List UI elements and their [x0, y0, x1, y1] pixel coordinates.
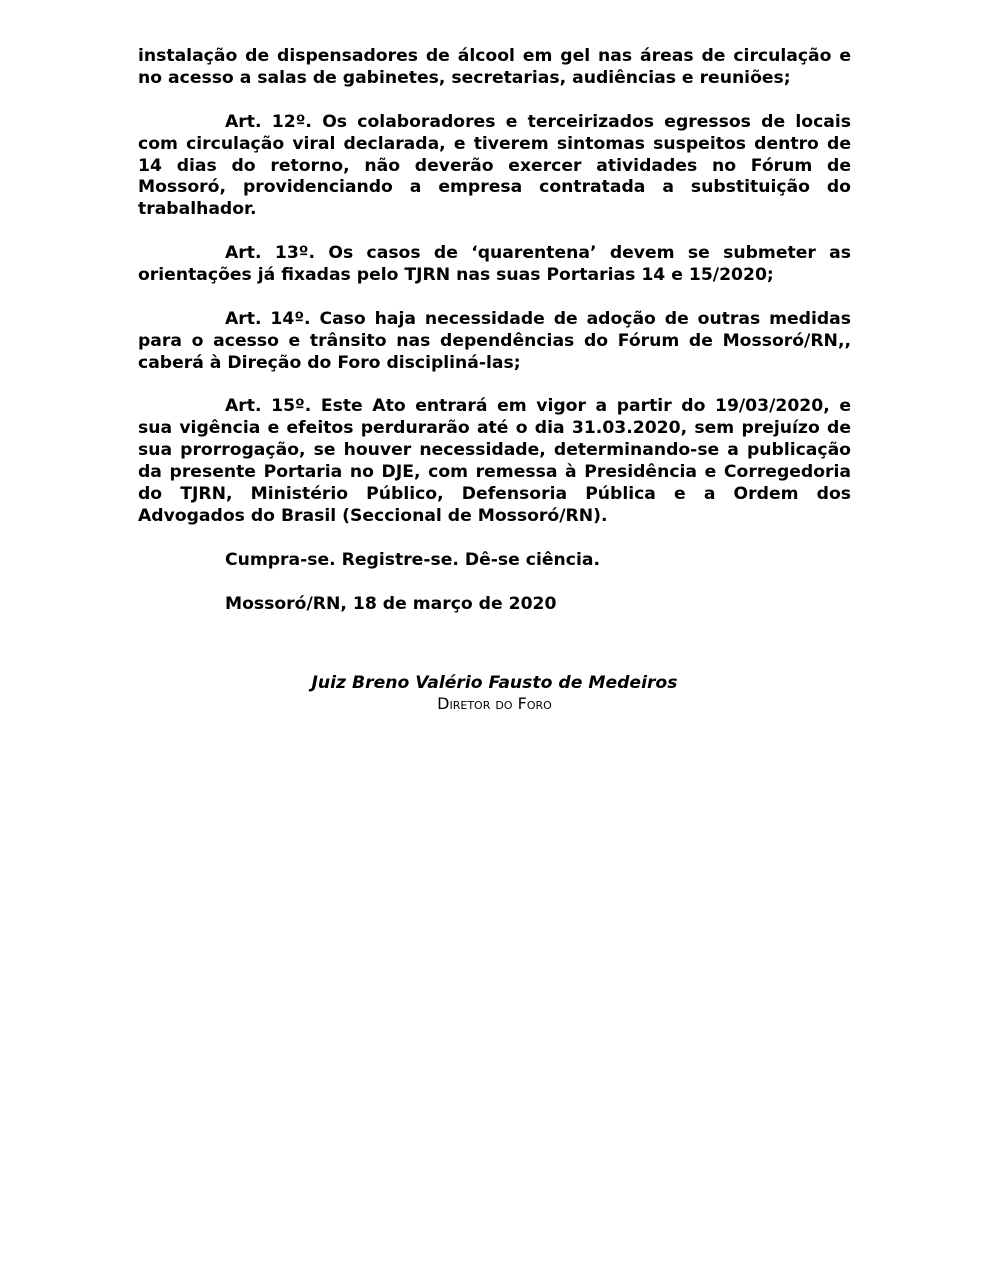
signature-block: Juiz Breno Valério Fausto de Medeiros Di… [138, 672, 851, 714]
closing-statement: Cumpra-se. Registre-se. Dê-se ciência. [138, 550, 851, 572]
paragraph-art-12: Art. 12º. Os colaboradores e terceirizad… [138, 112, 851, 222]
place-and-date: Mossoró/RN, 18 de março de 2020 [138, 594, 851, 616]
document-page: instalação de dispensadores de álcool em… [138, 46, 851, 616]
signatory-title: Diretor do Foro [138, 694, 851, 714]
paragraph-art-15: Art. 15º. Este Ato entrará em vigor a pa… [138, 396, 851, 527]
paragraph-art-14: Art. 14º. Caso haja necessidade de adoçã… [138, 309, 851, 375]
signatory-name: Juiz Breno Valério Fausto de Medeiros [138, 672, 851, 694]
paragraph-art-13: Art. 13º. Os casos de ‘quarentena’ devem… [138, 243, 851, 287]
paragraph-continuation: instalação de dispensadores de álcool em… [138, 46, 851, 90]
